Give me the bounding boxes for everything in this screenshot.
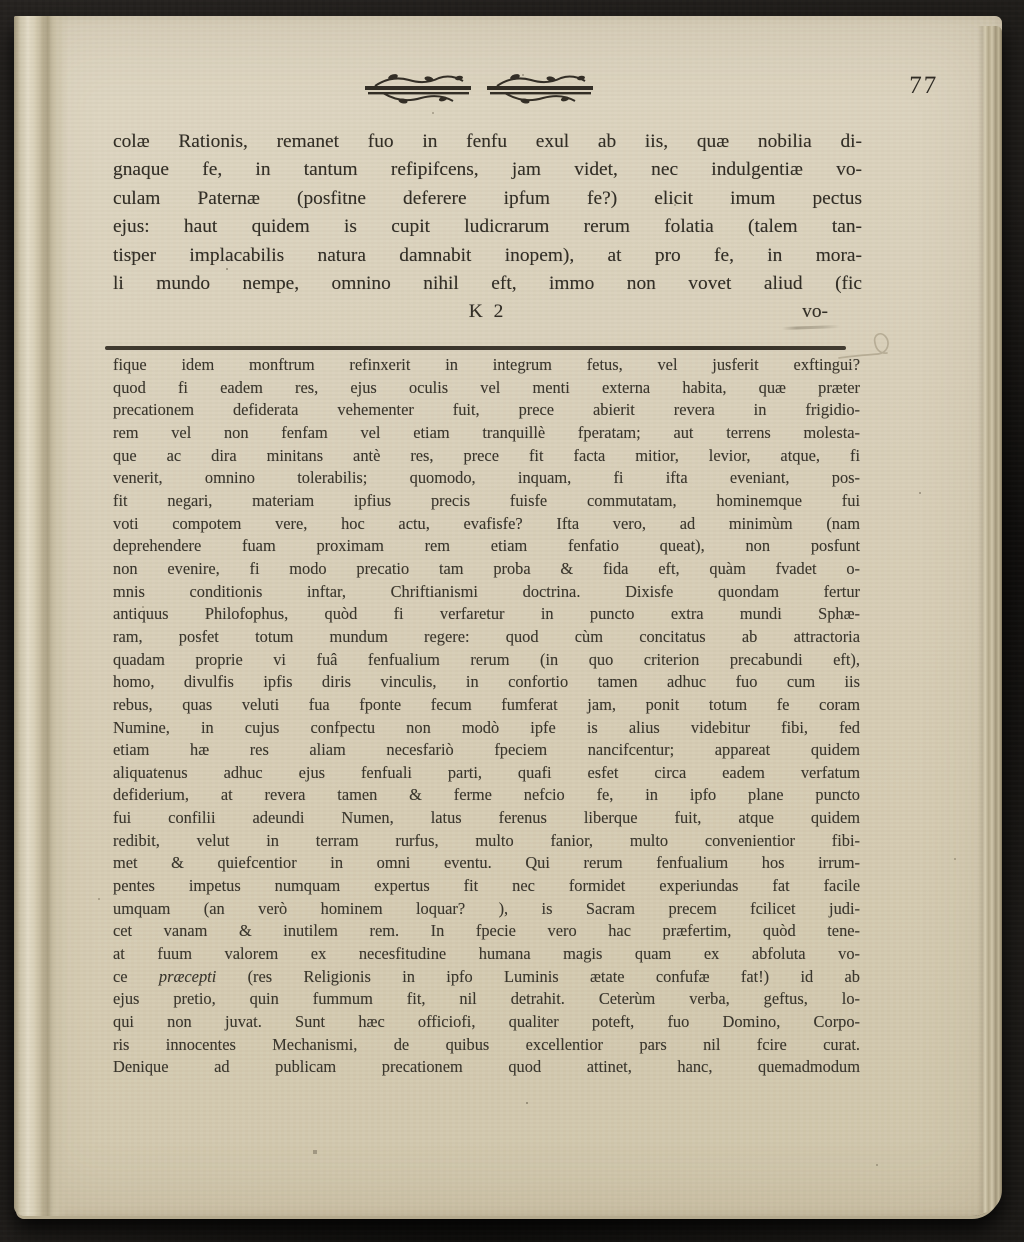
text-line: culam Paternæ (posfitne deferere ipfum f… — [113, 185, 862, 213]
text-line: etiam hæ res aliam necesfariò fpeciem na… — [113, 739, 860, 762]
text-line: homo, divulfis ipfis diris vinculis, in … — [113, 671, 860, 694]
main-paragraph: colæ Rationis, remanet fuo in fenfu exul… — [113, 128, 862, 327]
signature-mark: K 2 — [113, 298, 862, 326]
section-rule — [105, 346, 846, 350]
text-line: pentes impetus numquam expertus fit nec … — [113, 875, 860, 898]
book-page: 77 colæ Rationis, remanet fuo in fenfu e… — [14, 16, 1002, 1216]
text-line: ram, posfet totum mundum regere: quod cù… — [113, 626, 860, 649]
text-line: voti compotem vere, hoc actu, evafisfe? … — [113, 513, 860, 536]
text-line: li mundo nempe, omnino nihil eft, immo n… — [113, 270, 862, 298]
text-line: gnaque fe, in tantum refipifcens, jam vi… — [113, 156, 862, 184]
text-line: antiquus Philofophus, quòd fi verfaretur… — [113, 603, 860, 626]
signature-row: K 2 vo- — [113, 298, 862, 327]
text-line: quadam proprie vi fuâ fenfualium rerum (… — [113, 649, 860, 672]
text-line: Denique ad publicam precationem quod att… — [113, 1056, 860, 1079]
text-line: venerit, omnino tolerabilis; quomodo, in… — [113, 467, 860, 490]
text-line: quod fi eadem res, ejus oculis vel menti… — [113, 377, 860, 400]
text-line: ris innocentes Mechanismi, de quibus exc… — [113, 1034, 860, 1057]
text-line: fit negari, materiam ipfius precis fuisf… — [113, 490, 860, 513]
text-line: aliquatenus adhuc ejus fenfuali parti, q… — [113, 762, 860, 785]
page-content: 77 colæ Rationis, remanet fuo in fenfu e… — [14, 16, 1002, 1216]
text-line: ejus: haut quidem is cupit ludicrarum re… — [113, 213, 862, 241]
text-line: at fuum valorem ex necesfitudine humana … — [113, 943, 860, 966]
book-photo-scene: 77 colæ Rationis, remanet fuo in fenfu e… — [0, 0, 1024, 1242]
text-line: fique idem monftrum refinxerit in integr… — [113, 354, 860, 377]
text-line: deprehendere fuam proximam rem etiam fen… — [113, 535, 860, 558]
text-line: colæ Rationis, remanet fuo in fenfu exul… — [113, 128, 862, 156]
text-line: rebus, quas veluti fua fponte fecum fumf… — [113, 694, 860, 717]
vine-rule-ornament-icon — [363, 72, 597, 108]
text-line: que ac dira minitans antè res, prece fit… — [113, 445, 860, 468]
text-line: fui confilii adeundi Numen, latus ferenu… — [113, 807, 860, 830]
text-line: met & quiefcentior in omni eventu. Qui r… — [113, 852, 860, 875]
note-lines: fique idem monftrum refinxerit in integr… — [113, 354, 860, 1079]
catchword: vo- — [802, 298, 828, 326]
note-block: fique idem monftrum refinxerit in integr… — [113, 354, 860, 1079]
text-line: cet vanam & inutilem rem. In fpecie vero… — [113, 920, 860, 943]
text-line: defiderium, at revera tamen & ferme nefc… — [113, 784, 860, 807]
text-line: mnis conditionis inftar, Chriftianismi d… — [113, 581, 860, 604]
text-line: qui non juvat. Sunt hæc officiofi, quali… — [113, 1011, 860, 1034]
paragraph-lines: colæ Rationis, remanet fuo in fenfu exul… — [113, 128, 862, 298]
text-line: non evenire, fi modo precatio tam proba … — [113, 558, 860, 581]
text-line: tisper implacabilis natura damnabit inop… — [113, 242, 862, 270]
ink-smudge — [782, 325, 840, 330]
text-line: umquam (an verò hominem loquar? ), is Sa… — [113, 898, 860, 921]
text-line: ce præcepti (res Religionis in ipfo Lumi… — [113, 966, 860, 989]
text-line: ejus pretio, quin fummum fit, nil detrah… — [113, 988, 860, 1011]
page-number: 77 — [909, 72, 939, 100]
text-line: precationem defiderata vehementer fuit, … — [113, 399, 860, 422]
text-line: rem vel non fenfam vel etiam tranquillè … — [113, 422, 860, 445]
text-line: Numine, in cujus confpectu non modò ipfe… — [113, 717, 860, 740]
text-line: redibit, velut in terram rurfus, multo f… — [113, 830, 860, 853]
